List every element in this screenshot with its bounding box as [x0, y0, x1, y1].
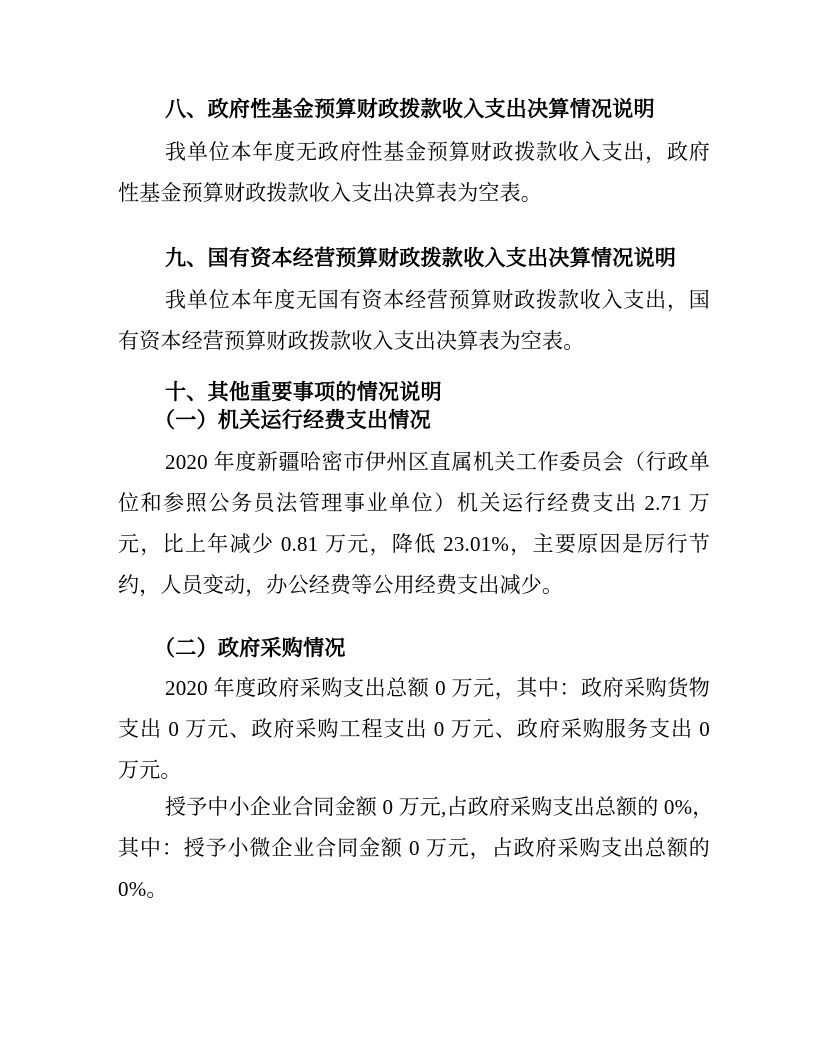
section-10-sub2-paragraph-1: 2020 年度政府采购支出总额 0 万元，其中：政府采购货物 支出 0 万元、政… [118, 668, 710, 791]
document-page: 八、政府性基金预算财政拨款收入支出决算情况说明 我单位本年度无政府性基金预算财政… [0, 0, 816, 1056]
paragraph-line: 其中：授予小微企业合同金额 0 万元，占政府采购支出总额的 [118, 828, 710, 869]
section-10-sub2-paragraph-2: 授予中小企业合同金额 0 万元,占政府采购支出总额的 0%， 其中：授予小微企业… [118, 787, 710, 910]
paragraph-line: 0%。 [118, 869, 710, 910]
paragraph-line: 我单位本年度无政府性基金预算财政拨款收入支出，政府 [118, 132, 710, 173]
section-9-heading: 九、国有资本经营预算财政拨款收入支出决算情况说明 [118, 246, 710, 272]
section-10-sub1-paragraph: 2020 年度新疆哈密市伊州区直属机关工作委员会（行政单 位和参照公务员法管理事… [118, 442, 710, 606]
paragraph-line: 我单位本年度无国有资本经营预算财政拨款收入支出，国 [118, 280, 710, 321]
section-8-heading: 八、政府性基金预算财政拨款收入支出决算情况说明 [118, 97, 710, 123]
section-9: 九、国有资本经营预算财政拨款收入支出决算情况说明 [118, 246, 710, 272]
section-8: 八、政府性基金预算财政拨款收入支出决算情况说明 [118, 97, 710, 123]
section-10-heading: 十、其他重要事项的情况说明 [118, 379, 710, 407]
paragraph-line: 授予中小企业合同金额 0 万元,占政府采购支出总额的 0%， [118, 787, 710, 828]
paragraph-line: 2020 年度新疆哈密市伊州区直属机关工作委员会（行政单 [118, 442, 710, 483]
paragraph-line: 2020 年度政府采购支出总额 0 万元，其中：政府采购货物 [118, 668, 710, 709]
section-8-paragraph: 我单位本年度无政府性基金预算财政拨款收入支出，政府 性基金预算财政拨款收入支出决… [118, 132, 710, 214]
section-10: 十、其他重要事项的情况说明 （一）机关运行经费支出情况 [118, 379, 710, 435]
paragraph-line: 位和参照公务员法管理事业单位）机关运行经费支出 2.71 万 [118, 483, 710, 524]
paragraph-line: 有资本经营预算财政拨款收入支出决算表为空表。 [118, 321, 710, 362]
section-10-sub1-heading: （一）机关运行经费支出情况 [118, 407, 710, 435]
paragraph-line: 约，人员变动，办公经费等公用经费支出减少。 [118, 565, 710, 606]
section-10-sub2-heading: （二）政府采购情况 [118, 636, 710, 662]
paragraph-line: 元，比上年减少 0.81 万元，降低 23.01%，主要原因是厉行节 [118, 524, 710, 565]
paragraph-line: 万元。 [118, 750, 710, 791]
section-9-paragraph: 我单位本年度无国有资本经营预算财政拨款收入支出，国 有资本经营预算财政拨款收入支… [118, 280, 710, 362]
section-10-sub2: （二）政府采购情况 [118, 636, 710, 662]
paragraph-line: 支出 0 万元、政府采购工程支出 0 万元、政府采购服务支出 0 [118, 709, 710, 750]
paragraph-line: 性基金预算财政拨款收入支出决算表为空表。 [118, 173, 710, 214]
